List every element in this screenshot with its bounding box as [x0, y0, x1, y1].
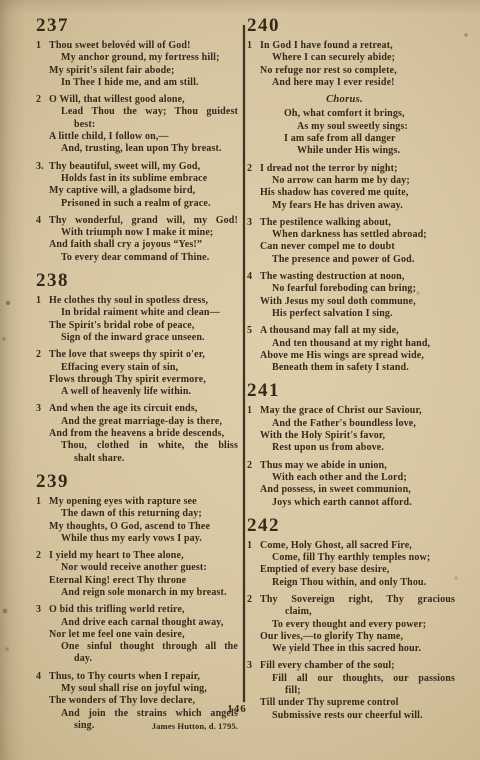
verse: 4The wasting destruction at noon,No fear…	[247, 271, 455, 320]
verse-line: The wasting destruction at noon,	[260, 271, 455, 283]
verse-line: Effacing every stain of sin,	[61, 362, 238, 374]
verse-line: And faith shall cry a joyous “Yes!”	[49, 239, 238, 251]
verse-line: Thou, clothed in white, the bliss	[61, 440, 238, 452]
verse-number: 1	[36, 496, 41, 508]
verse: 3.Thy beautiful, sweet will, my God,Hold…	[36, 161, 238, 210]
verse-line: With the Holy Spirit's favor,	[260, 430, 455, 442]
verse-line: Lead Thou the way; Thou guidest	[61, 106, 238, 118]
column-divider	[243, 25, 245, 702]
verse-line: best:	[74, 119, 238, 131]
verse-line: His perfect salvation I sing.	[272, 308, 455, 320]
verse-line: He clothes thy soul in spotless dress,	[49, 295, 238, 307]
verse-line: Come, Holy Ghost, all sacred Fire,	[260, 540, 455, 552]
verse-line: The presence and power of God.	[272, 254, 455, 266]
verse-line: Eternal King! erect Thy throne	[49, 575, 238, 587]
verse: 3And when the age its circuit ends,And t…	[36, 403, 238, 464]
verse-line: My anchor ground, my fortress hill;	[61, 52, 238, 64]
verse-line: I am safe from all danger	[284, 133, 455, 145]
verse-line: In God I have found a retreat,	[260, 40, 455, 52]
verse-number: 3	[36, 403, 41, 415]
verse-line: Thy beautiful, sweet will, my God,	[49, 161, 238, 173]
verse-number: 2	[247, 594, 252, 606]
hymn-number: 240	[247, 15, 455, 37]
verse-line: While under His wings.	[297, 145, 455, 157]
verse-line: Reign Thou within, and only Thou.	[272, 577, 455, 589]
verse-number: 1	[36, 295, 41, 307]
verse-line: And when the age its circuit ends,	[49, 403, 238, 415]
verse-number: 2	[36, 349, 41, 361]
verse-line: Where I can securely abide;	[272, 52, 455, 64]
verse-number: 3	[36, 604, 41, 616]
verse-line: The love that sweeps thy spirit o'er,	[49, 349, 238, 361]
verse-line: The dawn of this returning day;	[61, 508, 238, 520]
verse-line: To every thought and every power;	[272, 619, 455, 631]
attribution-text: James Hutton, d. 1795.	[152, 720, 238, 732]
verse-line: Thy wonderful, grand will, my God!	[49, 215, 238, 227]
verse-line: No arrow can harm me by day;	[272, 175, 455, 187]
verse-line: With each other and the Lord;	[272, 472, 455, 484]
hymn-number: 239	[36, 471, 238, 493]
verse: 1My opening eyes with rapture seeThe daw…	[36, 496, 238, 545]
verse-line: And the Father's boundless love,	[272, 418, 455, 430]
verse-line: And reign sole monarch in my breast.	[61, 587, 238, 599]
verse-line: And the great marriage-day is there,	[61, 416, 238, 428]
verse-number: 2	[247, 163, 252, 175]
verse-line: My soul shall rise on joyful wing,	[61, 683, 238, 695]
verse-line: Thou sweet belovéd will of God!	[49, 40, 238, 52]
verse-line: In bridal raiment white and clean—	[61, 307, 238, 319]
verse-line: With Jesus my soul doth commune,	[260, 296, 455, 308]
verse-line: My fears He has driven away.	[272, 200, 455, 212]
verse-line: claim,	[285, 606, 455, 618]
verse: 1He clothes thy soul in spotless dress,I…	[36, 295, 238, 344]
verse: 2Thy Sovereign right, Thy graciousclaim,…	[247, 594, 455, 655]
verse-line: I yield my heart to Thee alone,	[49, 550, 238, 562]
left-column: 2371Thou sweet belovéd will of God!My an…	[36, 15, 238, 737]
verse-line: My spirit's silent fair abode;	[49, 65, 238, 77]
verse-line: Emptied of every base desire,	[260, 564, 455, 576]
verse: 2Thus may we abide in union,With each ot…	[247, 460, 455, 509]
verse: 2O Will, that willest good alone,Lead Th…	[36, 94, 238, 155]
verse: 1In God I have found a retreat,Where I c…	[247, 40, 455, 89]
verse-line: The pestilence walking about,	[260, 217, 455, 229]
verse-line: Rest upon us from above.	[272, 442, 455, 454]
verse-line: A well of heavenly life within.	[61, 386, 238, 398]
verse-number: 1	[247, 40, 252, 52]
verse-line: To every dear command of Thine.	[61, 252, 238, 264]
verse-line: Above me His wings are spread wide,	[260, 350, 455, 362]
verse-number: 1	[36, 40, 41, 52]
hymn-number: 238	[36, 270, 238, 292]
verse-line: And possess, in sweet communion,	[260, 484, 455, 496]
verse-number: 4	[36, 671, 41, 683]
hymn-number: 242	[247, 515, 455, 537]
verse-line: Prisoned in such a realm of grace.	[61, 198, 238, 210]
verse: 4Thy wonderful, grand will, my God!With …	[36, 215, 238, 264]
verse-line: And from the heavens a bride descends,	[49, 428, 238, 440]
verse-number: 2	[36, 550, 41, 562]
verse-line: Nor let me feel one vain desire,	[49, 629, 238, 641]
verse-line: May the grace of Christ our Saviour,	[260, 405, 455, 417]
hymn-number: 241	[247, 380, 455, 402]
verse-line: My captive will, a gladsome bird,	[49, 185, 238, 197]
scan-speckles	[0, 0, 2, 2]
verse: 1May the grace of Christ our Saviour,And…	[247, 405, 455, 454]
verse-number: 3.	[36, 161, 44, 173]
verse-line: In Thee I hide me, and am still.	[61, 77, 238, 89]
verse-line: Come, fill Thy earthly temples now;	[272, 552, 455, 564]
verse-line: Holds fast in its sublime embrace	[61, 173, 238, 185]
verse-line: Fill all our thoughts, our passions	[272, 673, 455, 685]
verse-line: No fearful foreboding can bring;	[272, 283, 455, 295]
verse-line: Beneath them in safety I stand.	[272, 362, 455, 374]
verse-line: Thus may we abide in union,	[260, 460, 455, 472]
verse-line: Thus, to Thy courts when I repair,	[49, 671, 238, 683]
verse-line: No refuge nor rest so complete,	[260, 65, 455, 77]
chorus-verse: Oh, what comfort it brings,As my soul sw…	[247, 108, 455, 157]
verse: 3The pestilence walking about,When darkn…	[247, 217, 455, 266]
verse-line: O Will, that willest good alone,	[49, 94, 238, 106]
verse-number: 1	[247, 405, 252, 417]
chorus-label: Chorus.	[260, 94, 429, 106]
verse-line: When darkness has settled abroad;	[272, 229, 455, 241]
page-number: 146	[157, 703, 317, 716]
verse-line: Thy Sovereign right, Thy gracious	[260, 594, 455, 606]
verse-number: 5	[247, 325, 252, 337]
verse-line: His shadow has covered me quite,	[260, 187, 455, 199]
verse-line: My opening eyes with rapture see	[49, 496, 238, 508]
verse-line-text: sing.	[74, 720, 94, 732]
verse-line: And drive each carnal thought away,	[61, 617, 238, 629]
verse-line: A thousand may fall at my side,	[260, 325, 455, 337]
verse-line: A little child, I follow on,—	[49, 131, 238, 143]
verse-line: Oh, what comfort it brings,	[284, 108, 455, 120]
verse-line: And ten thousand at my right hand,	[272, 338, 455, 350]
verse-line: And here may I ever reside!	[272, 77, 455, 89]
verse-line: Flows through Thy spirit evermore,	[49, 374, 238, 386]
verse-number: 2	[36, 94, 41, 106]
verse: 1Come, Holy Ghost, all sacred Fire,Come,…	[247, 540, 455, 589]
verse-line: My thoughts, O God, ascend to Thee	[49, 521, 238, 533]
verse-number: 3	[247, 660, 252, 672]
verse-line: Our lives,—to glorify Thy name,	[260, 631, 455, 643]
verse: 4Thus, to Thy courts when I repair,My so…	[36, 671, 238, 732]
verse-line: While thus my early vows I pay.	[61, 533, 238, 545]
verse-line: The Spirit's bridal robe of peace,	[49, 320, 238, 332]
verse-line: I dread not the terror by night;	[260, 163, 455, 175]
verse-line: sing.James Hutton, d. 1795.	[74, 720, 238, 732]
verse-line: Nor would receive another guest:	[61, 562, 238, 574]
verse-line: Joys which earth cannot afford.	[272, 497, 455, 509]
verse: 1Thou sweet belovéd will of God!My ancho…	[36, 40, 238, 89]
verse: 2I dread not the terror by night;No arro…	[247, 163, 455, 212]
verse-line: We yield Thee in this sacred hour.	[272, 643, 455, 655]
verse: 5A thousand may fall at my side,And ten …	[247, 325, 455, 374]
verse-line: fill;	[285, 685, 455, 697]
verse-number: 1	[247, 540, 252, 552]
verse: 2The love that sweeps thy spirit o'er,Ef…	[36, 349, 238, 398]
verse-line: shalt share.	[74, 453, 238, 465]
verse-line: With triumph now I make it mine;	[61, 227, 238, 239]
verse: 3O bid this trifling world retire,And dr…	[36, 604, 238, 665]
verse-line: And, trusting, lean upon Thy breast.	[61, 143, 238, 155]
verse-number: 2	[247, 460, 252, 472]
verse-line: As my soul sweetly sings:	[297, 121, 455, 133]
verse-line: Fill every chamber of the soul;	[260, 660, 455, 672]
verse: 2I yield my heart to Thee alone,Nor woul…	[36, 550, 238, 599]
verse-line: One sinful thought through all the	[61, 641, 238, 653]
hymn-number: 237	[36, 15, 238, 37]
verse-number: 3	[247, 217, 252, 229]
verse-line: O bid this trifling world retire,	[49, 604, 238, 616]
verse-line: day.	[74, 653, 238, 665]
verse-line: Sign of the inward grace unseen.	[61, 332, 238, 344]
hymnal-page: 2371Thou sweet belovéd will of God!My an…	[0, 0, 480, 760]
right-column: 2401In God I have found a retreat,Where …	[247, 15, 455, 727]
verse-number: 4	[247, 271, 252, 283]
verse-number: 4	[36, 215, 41, 227]
verse-line: Can never compel me to doubt	[260, 241, 455, 253]
